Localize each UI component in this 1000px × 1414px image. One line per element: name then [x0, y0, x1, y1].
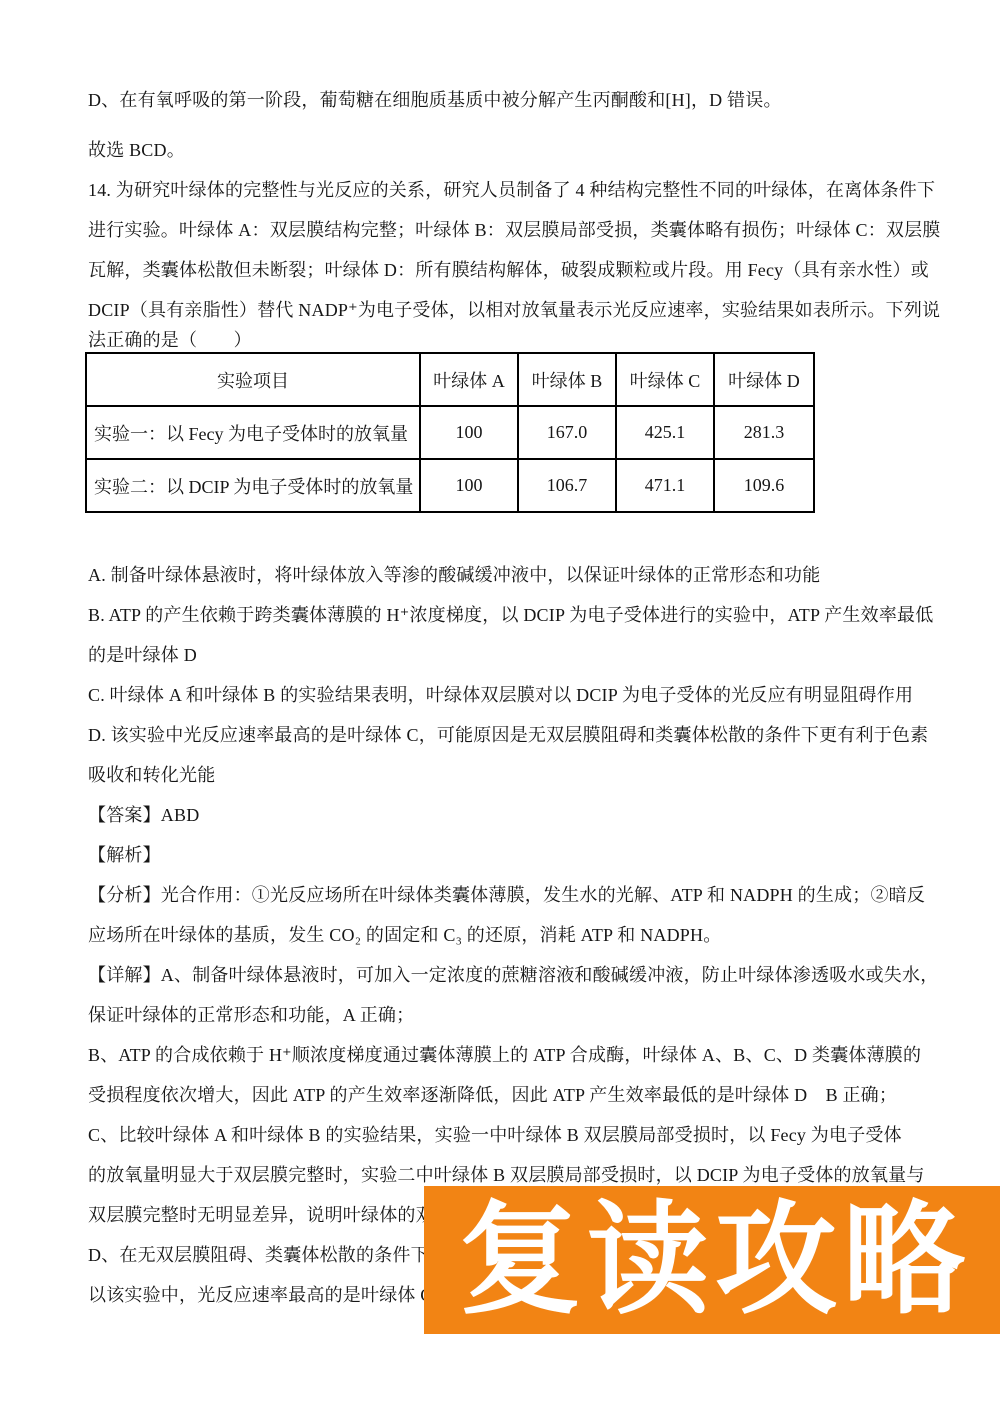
- watermark-banner: 复读攻略: [424, 1186, 1000, 1334]
- table-header-cell: 叶绿体 A: [420, 353, 518, 406]
- text-line: D、在有氧呼吸的第一阶段，葡萄糖在细胞质基质中被分解产生丙酮酸和[H]，D 错误…: [88, 80, 918, 120]
- option-d-line: 吸收和转化光能: [88, 755, 918, 795]
- table-row: 实验一：以 Fecy 为电子受体时的放氧量 100 167.0 425.1 28…: [86, 406, 814, 459]
- table-cell: 100: [420, 459, 518, 512]
- page: { "document": { "intro_lines": [ "D、在有氧呼…: [0, 0, 1000, 1414]
- results-table-wrapper: 实验项目 叶绿体 A 叶绿体 B 叶绿体 C 叶绿体 D 实验一：以 Fecy …: [85, 352, 918, 513]
- table-cell: 106.7: [518, 459, 616, 512]
- analysis-heading-line: 【解析】: [88, 835, 918, 875]
- table-header-cell: 实验项目: [86, 353, 420, 406]
- answer-line: 【答案】ABD: [88, 795, 918, 835]
- table-cell: 471.1: [616, 459, 714, 512]
- table-header-cell: 叶绿体 C: [616, 353, 714, 406]
- explanation-line: C、比较叶绿体 A 和叶绿体 B 的实验结果，实验一中叶绿体 B 双层膜局部受损…: [88, 1115, 918, 1155]
- document-body: D、在有氧呼吸的第一阶段，葡萄糖在细胞质基质中被分解产生丙酮酸和[H]，D 错误…: [88, 80, 918, 1315]
- question-14-line: 14. 为研究叶绿体的完整性与光反应的关系，研究人员制备了 4 种结构完整性不同…: [88, 170, 918, 210]
- explanation-line: B、ATP 的合成依赖于 H⁺顺浓度梯度通过囊体薄膜上的 ATP 合成酶，叶绿体…: [88, 1035, 918, 1075]
- table-cell: 425.1: [616, 406, 714, 459]
- question-14-line: 瓦解，类囊体松散但未断裂；叶绿体 D：所有膜结构解体，破裂成颗粒或片段。用 Fe…: [88, 250, 918, 290]
- table-cell: 167.0: [518, 406, 616, 459]
- option-b-line: 的是叶绿体 D: [88, 635, 918, 675]
- table-header-row: 实验项目 叶绿体 A 叶绿体 B 叶绿体 C 叶绿体 D: [86, 353, 814, 406]
- analysis-line: 【分析】光合作用：①光反应场所在叶绿体类囊体薄膜，发生水的光解、ATP 和 NA…: [88, 875, 918, 915]
- results-table: 实验项目 叶绿体 A 叶绿体 B 叶绿体 C 叶绿体 D 实验一：以 Fecy …: [85, 352, 815, 513]
- explanation-line: 保证叶绿体的正常形态和功能，A 正确；: [88, 995, 918, 1035]
- option-d-line: D. 该实验中光反应速率最高的是叶绿体 C，可能原因是无双层膜阻碍和类囊体松散的…: [88, 715, 918, 755]
- question-14-line: 进行实验。叶绿体 A：双层膜结构完整；叶绿体 B：双层膜局部受损，类囊体略有损伤…: [88, 210, 918, 250]
- table-row-label: 实验二：以 DCIP 为电子受体时的放氧量: [86, 459, 420, 512]
- option-b-line: B. ATP 的产生依赖于跨类囊体薄膜的 H⁺浓度梯度，以 DCIP 为电子受体…: [88, 595, 918, 635]
- explanation-line: 受损程度依次增大，因此 ATP 的产生效率逐渐降低，因此 ATP 产生效率最低的…: [88, 1075, 918, 1115]
- table-row-label: 实验一：以 Fecy 为电子受体时的放氧量: [86, 406, 420, 459]
- table-header-cell: 叶绿体 B: [518, 353, 616, 406]
- watermark-text: 复读攻略: [459, 1199, 971, 1321]
- option-a-line: A. 制备叶绿体悬液时，将叶绿体放入等渗的酸碱缓冲液中，以保证叶绿体的正常形态和…: [88, 555, 918, 595]
- explanation-line: 【详解】A、制备叶绿体悬液时，可加入一定浓度的蔗糖溶液和酸碱缓冲液，防止叶绿体渗…: [88, 955, 918, 995]
- table-cell: 281.3: [714, 406, 814, 459]
- text-line: 故选 BCD。: [88, 130, 918, 170]
- table-header-cell: 叶绿体 D: [714, 353, 814, 406]
- table-row: 实验二：以 DCIP 为电子受体时的放氧量 100 106.7 471.1 10…: [86, 459, 814, 512]
- option-c-line: C. 叶绿体 A 和叶绿体 B 的实验结果表明，叶绿体双层膜对以 DCIP 为电…: [88, 675, 918, 715]
- table-cell: 100: [420, 406, 518, 459]
- table-cell: 109.6: [714, 459, 814, 512]
- analysis-line: 应场所在叶绿体的基质，发生 CO₂ 的固定和 C₃ 的还原，消耗 ATP 和 N…: [88, 915, 918, 955]
